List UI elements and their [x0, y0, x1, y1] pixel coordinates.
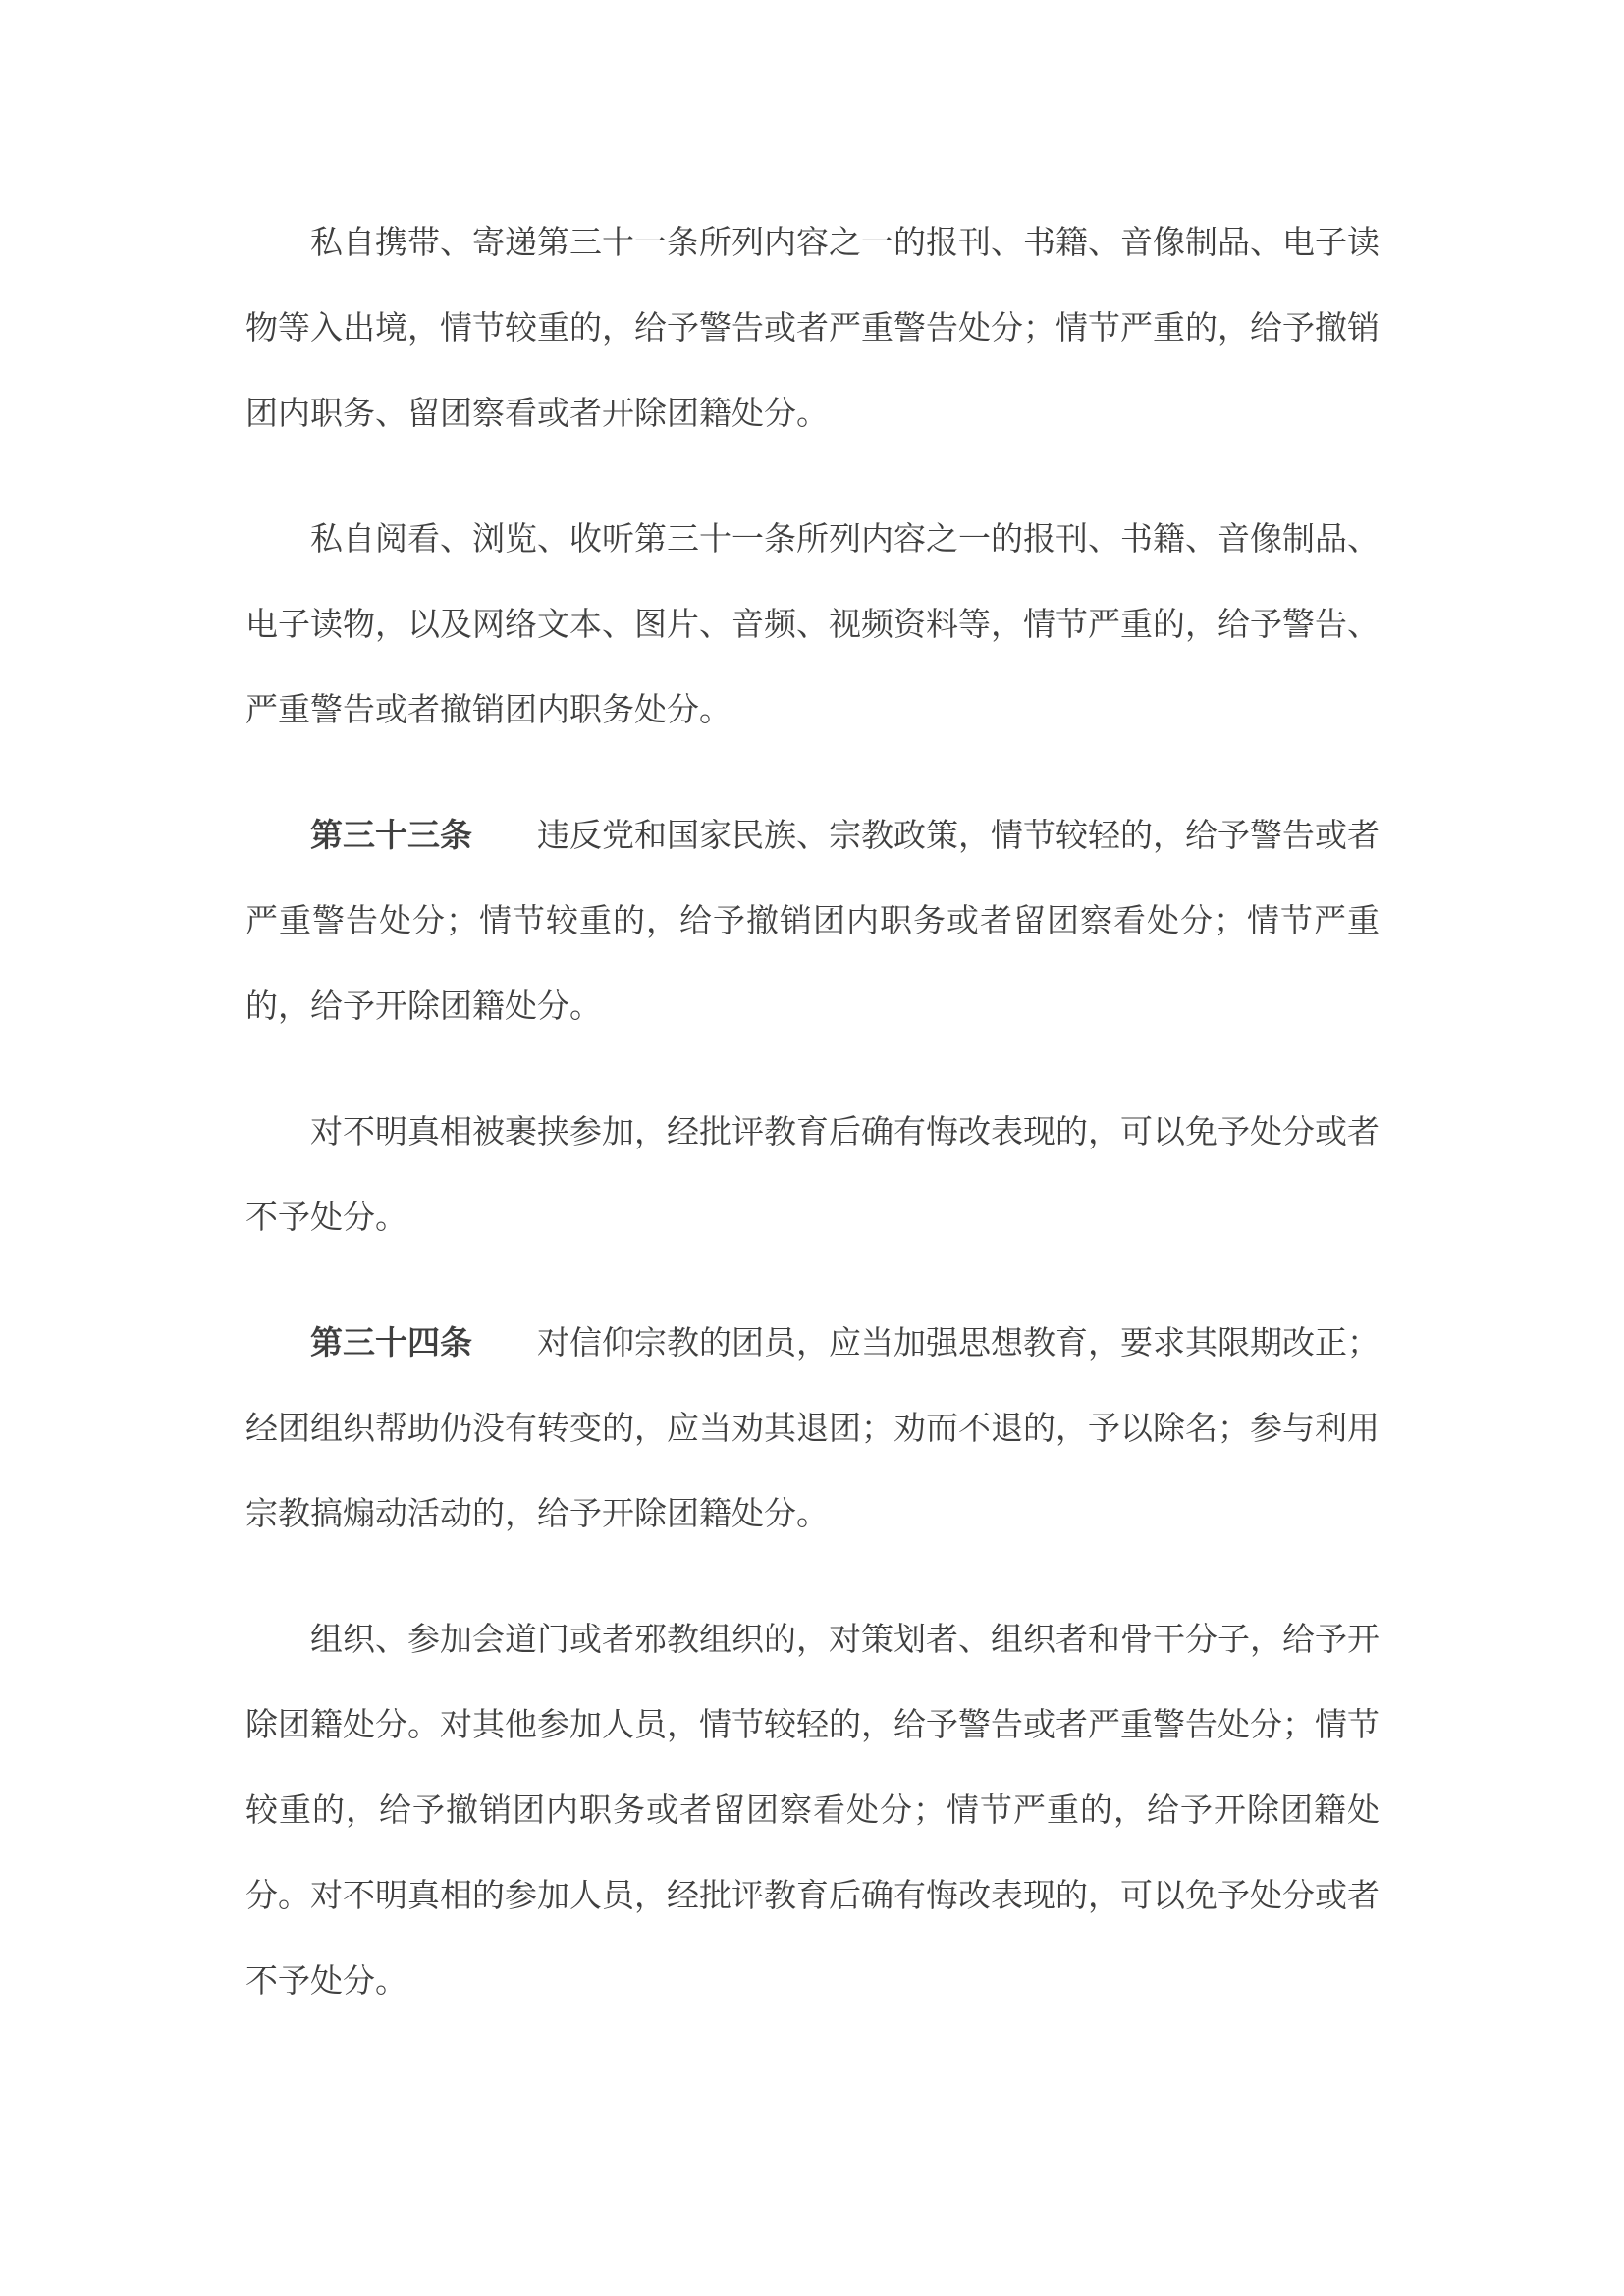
paragraph-article-33-exemption: 对不明真相被裹挟参加，经批评教育后确有悔改表现的，可以免予处分或者不予处分。 [245, 1089, 1380, 1259]
document-page: 私自携带、寄递第三十一条所列内容之一的报刊、书籍、音像制品、电子读物等入出境，情… [245, 199, 1380, 2063]
paragraph-cults: 组织、参加会道门或者邪教组织的，对策划者、组织者和骨干分子，给予开除团籍处分。对… [245, 1596, 1380, 2023]
article-number: 第三十三条 [310, 816, 472, 854]
paragraph-text: 对不明真相被裹挟参加，经批评教育后确有悔改表现的，可以免予处分或者不予处分。 [245, 1112, 1380, 1236]
paragraph-text: 私自阅看、浏览、收听第三十一条所列内容之一的报刊、书籍、音像制品、电子读物，以及… [245, 519, 1380, 728]
article-number: 第三十四条 [310, 1323, 472, 1362]
paragraph-text: 组织、参加会道门或者邪教组织的，对策划者、组织者和骨干分子，给予开除团籍处分。对… [245, 1620, 1380, 2000]
paragraph-article-33: 第三十三条违反党和国家民族、宗教政策，情节较轻的，给予警告或者严重警告处分；情节… [245, 792, 1380, 1048]
paragraph-article-34: 第三十四条对信仰宗教的团员，应当加强思想教育，要求其限期改正；经团组织帮助仍没有… [245, 1300, 1380, 1556]
paragraph-viewing: 私自阅看、浏览、收听第三十一条所列内容之一的报刊、书籍、音像制品、电子读物，以及… [245, 496, 1380, 752]
paragraph-text: 私自携带、寄递第三十一条所列内容之一的报刊、书籍、音像制品、电子读物等入出境，情… [245, 223, 1380, 432]
paragraph-smuggling: 私自携带、寄递第三十一条所列内容之一的报刊、书籍、音像制品、电子读物等入出境，情… [245, 199, 1380, 455]
